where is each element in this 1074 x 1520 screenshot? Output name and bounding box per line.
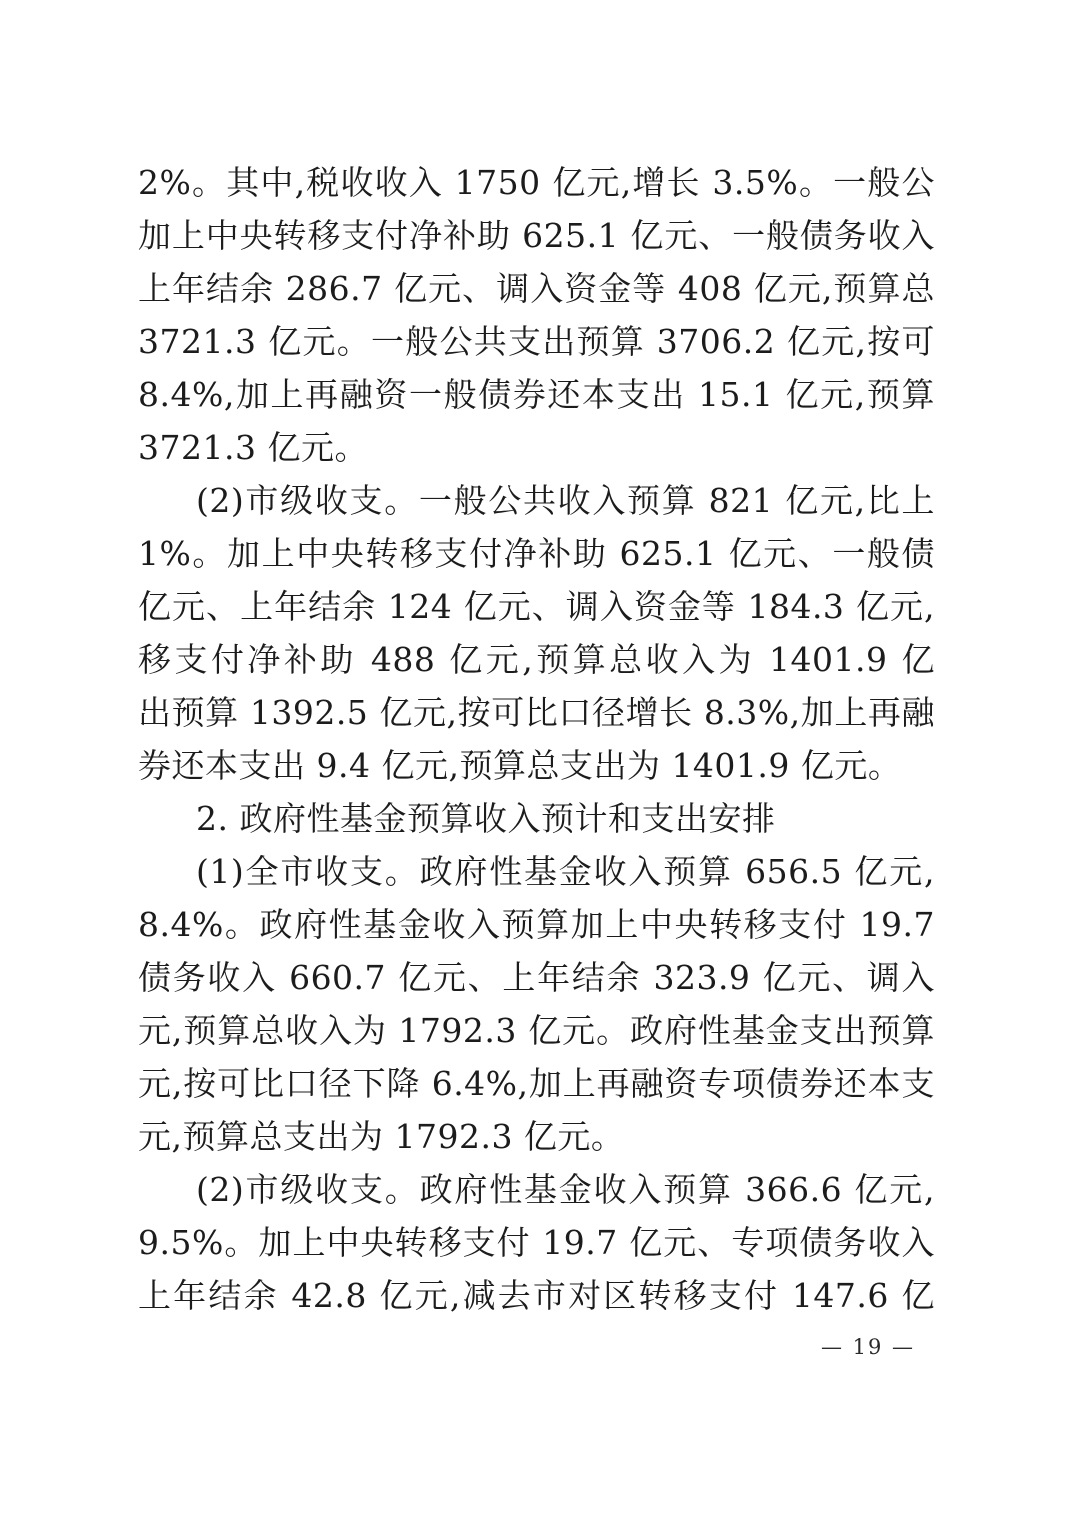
text-line: 出预算 1392.5 亿元,按可比口径增长 8.3%,加上再融资一般债 xyxy=(138,686,935,739)
text-line: (1)全市收支。政府性基金收入预算 656.5 亿元,比上年增长 xyxy=(138,845,935,898)
text-line: 亿元、上年结余 124 亿元、调入资金等 184.3 亿元,减去市对区转 xyxy=(138,580,935,633)
body-text: 2%。其中,税收收入 1750 亿元,增长 3.5%。一般公共收入预算 加上中央… xyxy=(138,156,935,1322)
text-line: 8.4%,加上再融资一般债券还本支出 15.1 亿元,预算总支出为 xyxy=(138,368,935,421)
text-line: 8.4%。政府性基金收入预算加上中央转移支付 19.7 亿元、专项 xyxy=(138,898,935,951)
text-line: 上年结余 42.8 亿元,减去市对区转移支付 147.6 亿元、调出资金 xyxy=(138,1269,935,1322)
text-line: 元,预算总收入为 1792.3 亿元。政府性基金支出预算 1252.3 亿 xyxy=(138,1004,935,1057)
text-line: (2)市级收支。一般公共收入预算 821 亿元,比上年增长 xyxy=(138,474,935,527)
section-heading: 2. 政府性基金预算收入预计和支出安排 xyxy=(138,792,935,845)
text-line: 3721.3 亿元。一般公共支出预算 3706.2 亿元,按可比口径增长 xyxy=(138,315,935,368)
document-page: 2%。其中,税收收入 1750 亿元,增长 3.5%。一般公共收入预算 加上中央… xyxy=(0,0,1074,1520)
text-line: 移支付净补助 488 亿元,预算总收入为 1401.9 亿元。一般公共支 xyxy=(138,633,935,686)
text-line: 元,按可比口径下降 6.4%,加上再融资专项债券还本支出 540 亿 xyxy=(138,1057,935,1110)
text-line: 3721.3 亿元。 xyxy=(138,421,935,474)
page-number: — 19 — xyxy=(818,1334,918,1360)
text-line: 债务收入 660.7 亿元、上年结余 323.9 亿元、调入资金等 131.5 … xyxy=(138,951,935,1004)
text-line: (2)市级收支。政府性基金收入预算 366.6 亿元,比上年增长 xyxy=(138,1163,935,1216)
text-line: 加上中央转移支付净补助 625.1 亿元、一般债务收入 135.5 亿元、 xyxy=(138,209,935,262)
text-line: 上年结余 286.7 亿元、调入资金等 408 亿元,预算总收入为 xyxy=(138,262,935,315)
text-line: 1%。加上中央转移支付净补助 625.1 亿元、一般债务收入 135.5 xyxy=(138,527,935,580)
text-line: 券还本支出 9.4 亿元,预算总支出为 1401.9 亿元。 xyxy=(138,739,935,792)
text-line: 元,预算总支出为 1792.3 亿元。 xyxy=(138,1110,935,1163)
text-line: 2%。其中,税收收入 1750 亿元,增长 3.5%。一般公共收入预算 xyxy=(138,156,935,209)
text-line: 9.5%。加上中央转移支付 19.7 亿元、专项债务收入 233.1 亿元、 xyxy=(138,1216,935,1269)
